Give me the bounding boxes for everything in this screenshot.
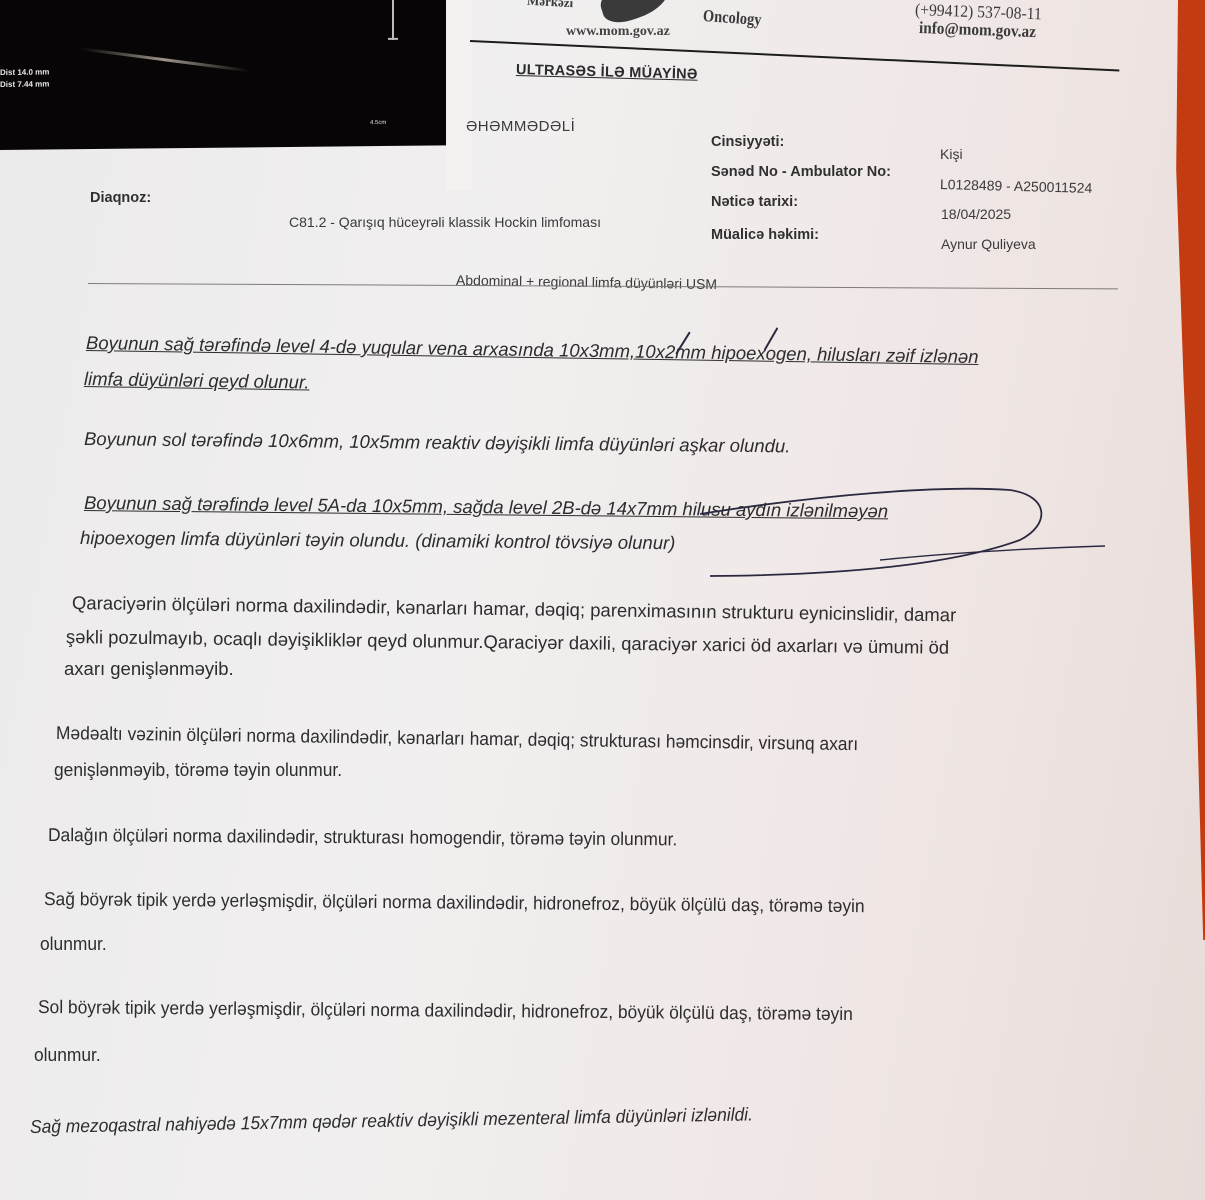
doctor-label: Müalicə həkimi: — [711, 227, 819, 243]
email-address: info@mom.gov.az — [919, 18, 1037, 42]
gender-value: Kişi — [940, 146, 963, 162]
result-date-value: 18/04/2025 — [941, 206, 1011, 222]
finding-pancreas-line2: genişlənməyib, törəmə təyin olunmur. — [54, 761, 342, 780]
ultrasound-image: Dist 14.0 mm Dist 7.44 mm 4.5cm — [0, 0, 446, 150]
result-date-label: Nəticə tarixi: — [711, 194, 798, 210]
oncology-label: Oncology — [702, 6, 762, 30]
gender-label: Cinsiyyəti: — [711, 134, 784, 150]
website-link: www.mom.gov.az — [566, 24, 670, 40]
finding-spleen: Dalağın ölçüləri norma daxilindədir, str… — [48, 826, 677, 849]
diagnosis-value: C81.2 - Qarışıq hüceyrəli klassik Hockin… — [289, 214, 601, 230]
ultrasound-print-border — [446, 0, 472, 190]
finding-neck-right-level4-line2: limfa düyünləri qeyd olunur. — [84, 370, 310, 392]
ultrasound-dist-2: Dist 7.44 mm — [0, 79, 49, 89]
finding-right-kidney-line2: olunmur. — [40, 935, 107, 954]
ultrasound-depth-scale — [392, 0, 394, 40]
ultrasound-echo-streak — [81, 47, 250, 72]
diagnosis-label: Diaqnoz: — [90, 190, 151, 206]
doctor-value: Aynur Quliyeva — [941, 236, 1036, 252]
ultrasound-depth-label: 4.5cm — [370, 120, 386, 126]
doc-no-label: Sənəd No - Ambulator No: — [711, 164, 891, 180]
patient-name: ƏHƏMMƏDƏLİ — [466, 118, 575, 135]
finding-liver-line3: axarı genişlənməyib. — [64, 660, 234, 679]
finding-left-kidney-line2: olunmur. — [34, 1046, 101, 1065]
ultrasound-dist-1: Dist 14.0 mm — [0, 67, 49, 77]
